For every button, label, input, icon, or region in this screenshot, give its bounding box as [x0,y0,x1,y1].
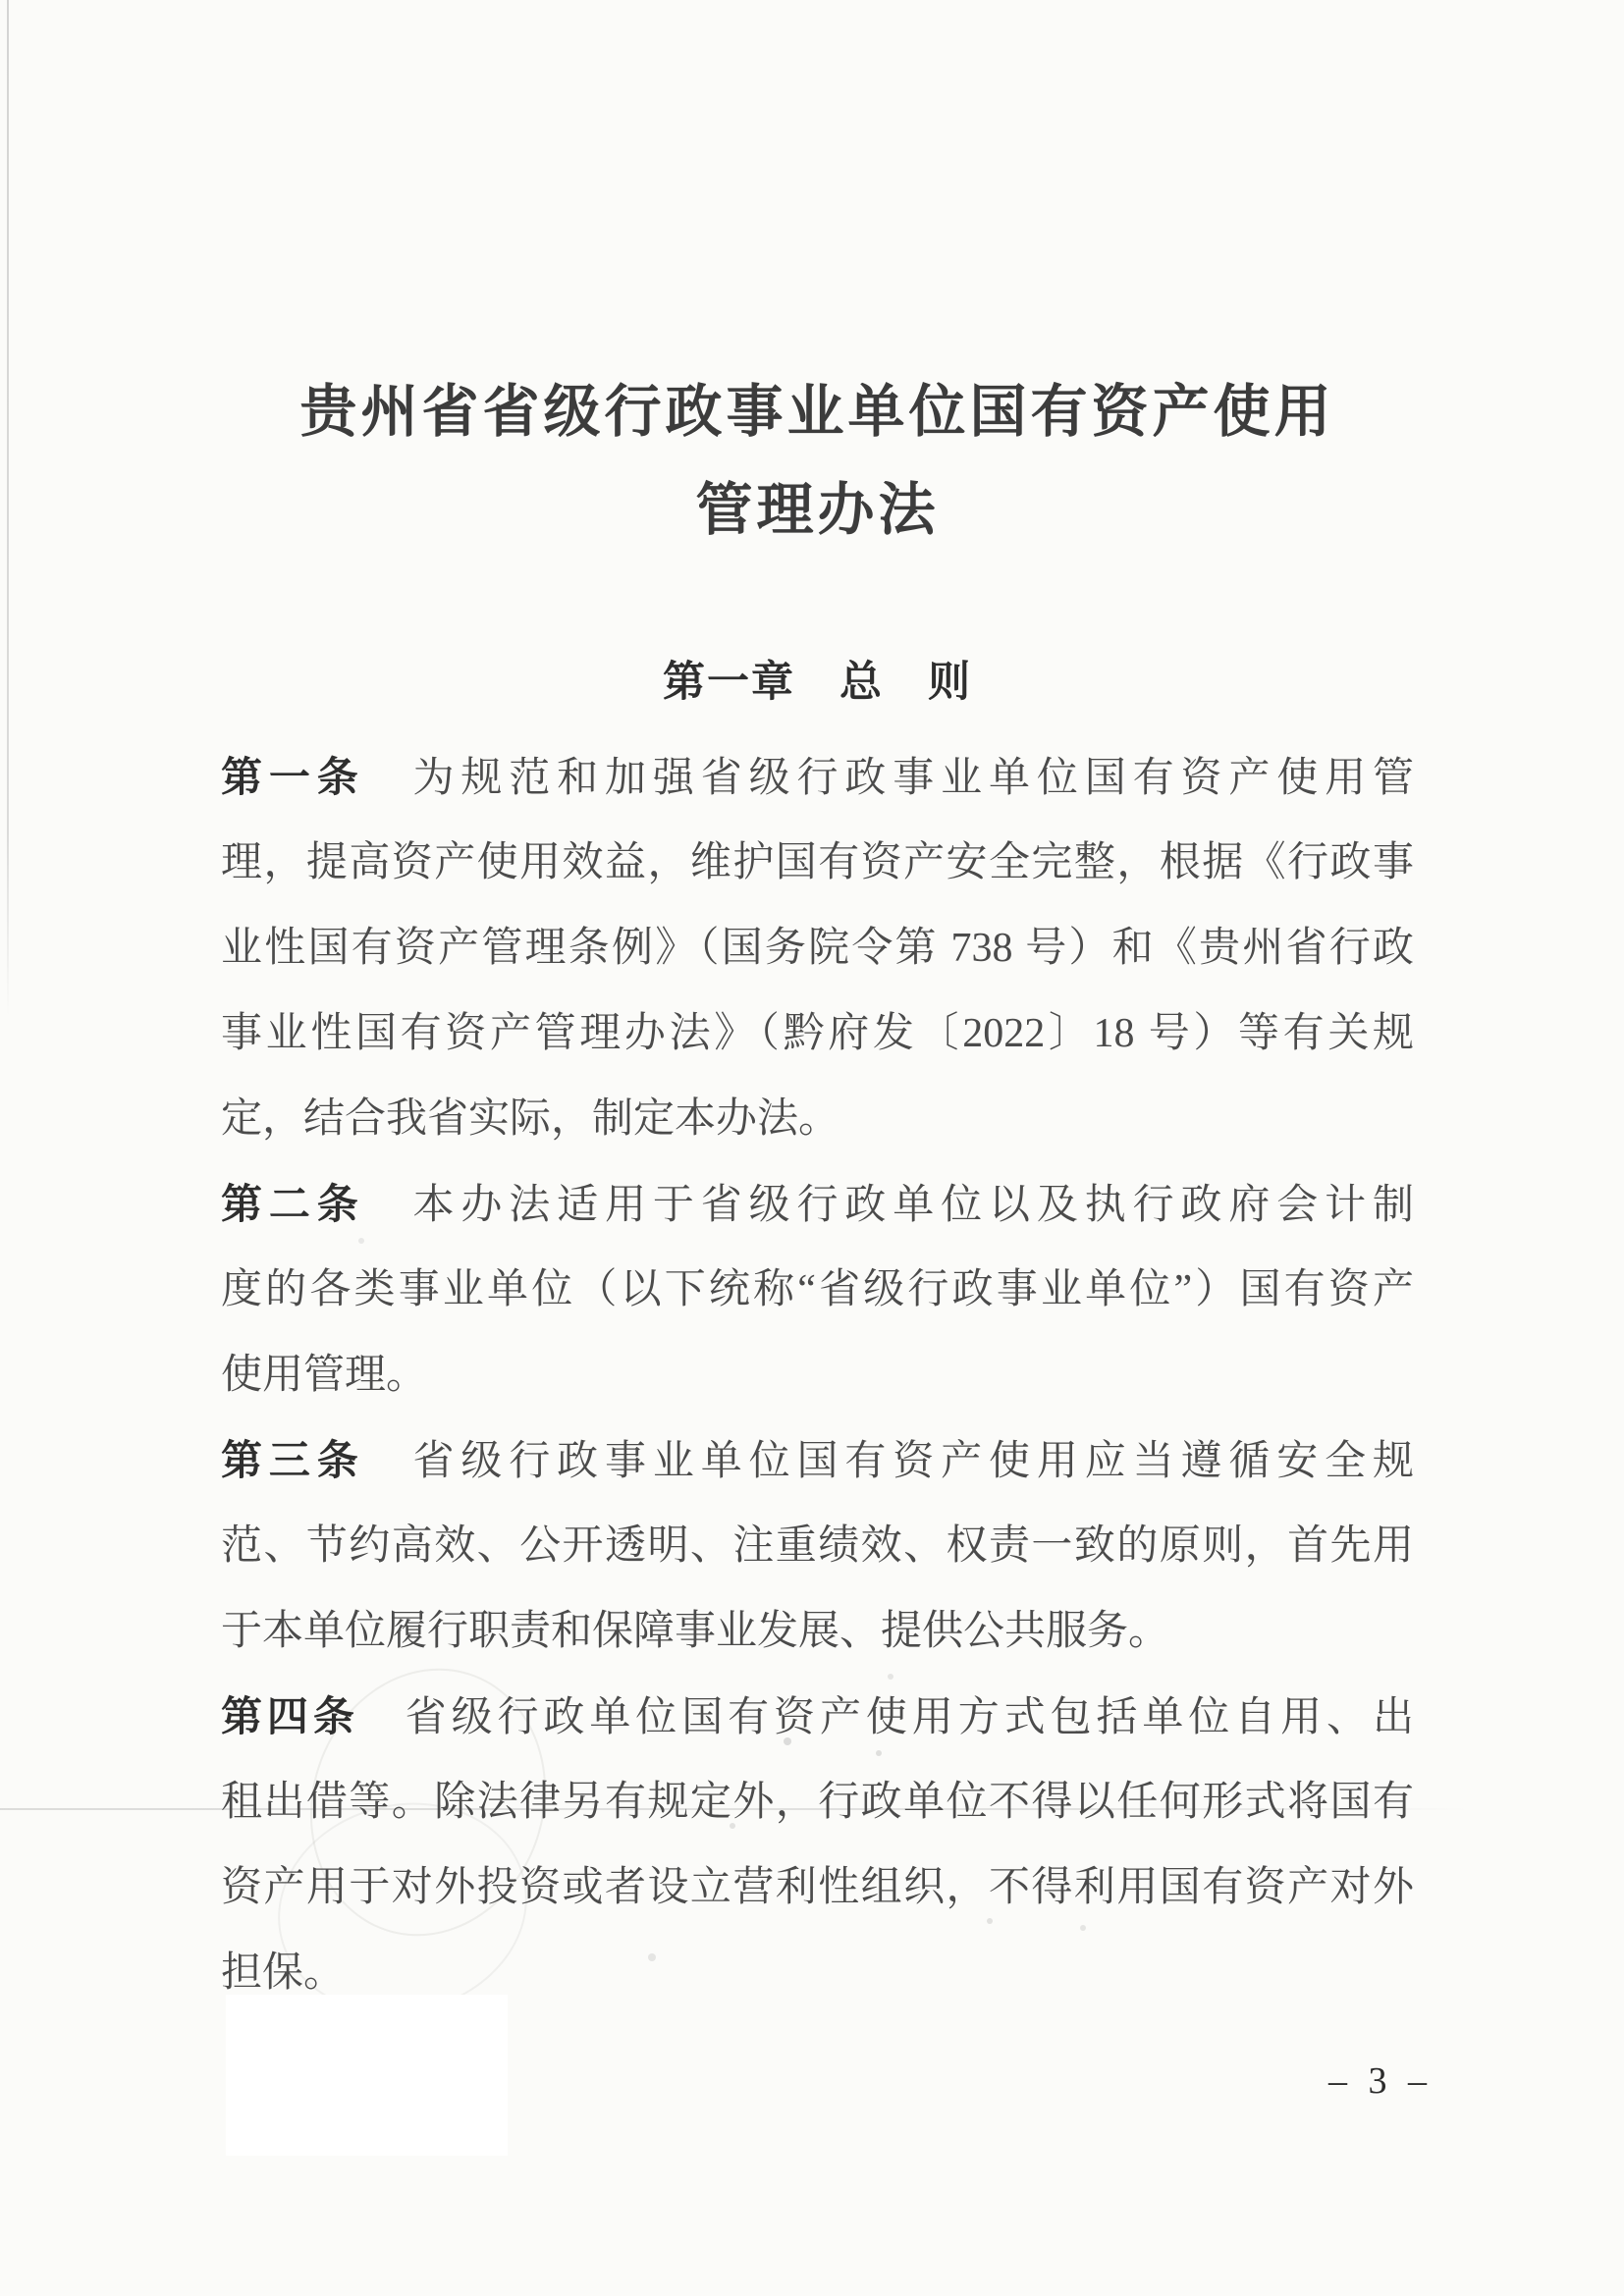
article-number: 第三条 [221,1437,365,1483]
scan-white-patch [226,1995,508,2156]
body-line: 业性国有资产管理条例》（国务院令第 738 号）和《贵州省行政 [221,923,1414,975]
body-line: 理，提高资产使用效益，维护国有资产安全完整，根据《行政事 [221,837,1414,889]
title-line-1: 贵州省省级行政事业单位国有资产使用 [221,363,1414,461]
chapter-heading: 第一章 总 则 [221,662,1414,704]
body-line: 第二条 本办法适用于省级行政单位以及执行政府会计制 [221,1179,1414,1232]
body-line: 租出借等。除法律另有规定外，行政单位不得以任何形式将国有 [221,1777,1414,1829]
document-page: 贵州省省级行政事业单位国有资产使用 管理办法 第一章 总 则 第一条 为规范和加… [0,0,1624,2296]
body-line: 第四条 省级行政单位国有资产使用方式包括单位自用、出 [221,1691,1414,1744]
body-line: 第三条 省级行政事业单位国有资产使用应当遵循安全规 [221,1435,1414,1488]
body-line: 担保。 [221,1948,1414,2000]
document-title: 贵州省省级行政事业单位国有资产使用 管理办法 [221,363,1414,560]
body-line: 资产用于对外投资或者设立营利性组织，不得利用国有资产对外 [221,1862,1414,1914]
body-line: 使用管理。 [221,1350,1414,1402]
body-line: 于本单位履行职责和保障事业发展、提供公共服务。 [221,1606,1414,1658]
page-number: – 3 – [1312,2062,1449,2100]
body-line: 度的各类事业单位（以下统称“省级行政事业单位”）国有资产 [221,1264,1414,1316]
article-number: 第二条 [221,1181,365,1227]
title-line-2: 管理办法 [221,461,1414,560]
scan-edge-shadow [7,0,9,1016]
scan-speckles [0,0,4,4]
article-number: 第一条 [221,754,365,800]
body-line: 第一条 为规范和加强省级行政事业单位国有资产使用管 [221,752,1414,805]
article-number: 第四条 [221,1693,359,1739]
body-line: 定，结合我省实际，制定本办法。 [221,1094,1414,1146]
body-line: 事业性国有资产管理办法》（黔府发〔2022〕18 号）等有关规 [221,1008,1414,1060]
body-line: 范、节约高效、公开透明、注重绩效、权责一致的原则，首先用 [221,1521,1414,1573]
